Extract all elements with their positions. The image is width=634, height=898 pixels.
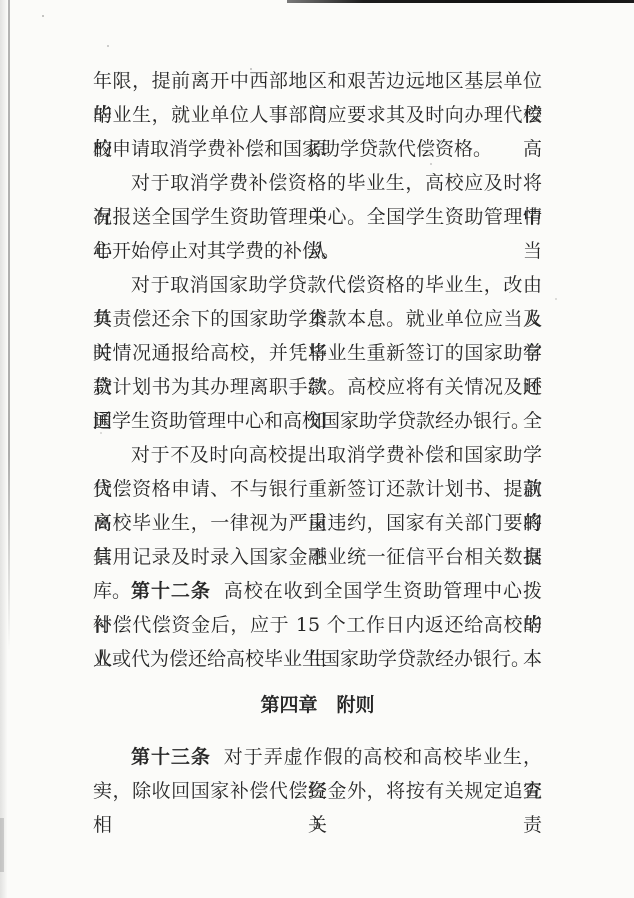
text-line: 年限，提前离开中西部地区和艰苦边远地区基层单位的高校 [93,64,542,98]
scan-noise-specks [42,15,44,17]
document-page: { "document": { "page_number": "5", "cha… [0,0,634,898]
text-line: 关情况通报给高校，并凭毕业生重新签订的国家助学贷款还 [93,336,542,370]
document-text-block: 年限，提前离开中西部地区和艰苦边远地区基层单位的高校 毕业生，就业单位人事部门应… [93,64,542,808]
article-12-label: 第十二条 [131,580,211,602]
text-line: 高校毕业生，一律视为严重违约，国家有关部门要将其不良 [93,506,542,540]
chapter-heading: 第四章 附则 [93,688,542,722]
page-number: 5 [0,817,634,833]
scan-artifact-left-line [8,0,10,650]
scan-artifact-left-strip [0,0,7,898]
text-line: 款计划书为其办理离职手续。高校应将有关情况及时通知全 [93,370,542,404]
text-line: 校申请取消学费补偿和国家助学贷款代偿资格。 [93,132,542,166]
text-line: 国学生资助管理中心和高校国家助学贷款经办银行。 [93,404,542,438]
text-line: 代偿资格申请、不与银行重新签订还款计划书、提前离岗的 [93,472,542,506]
text-line: 负责偿还余下的国家助学贷款本息。就业单位应当及时将有 [93,302,542,336]
article-13-label: 第十三条 [131,746,211,768]
text-line-article-13: 第十三条对于弄虚作假的高校和高校毕业生，一经查 [93,740,542,774]
text-line-article-12: 第十二条高校在收到全国学生资助管理中心拨付的 [93,574,542,608]
text-line: 对于取消国家助学贷款代偿资格的毕业生，改由其本人 [93,268,542,302]
text-line: 对于不及时向高校提出取消学费补偿和国家助学贷款 [93,438,542,472]
text-line: 人或代为偿还给高校毕业生国家助学贷款经办银行。 [93,642,542,676]
text-line: 补偿代偿资金后，应于 15 个工作日内返还给高校毕业生本 [93,608,542,642]
text-line: 实，除收回国家补偿代偿资金外，将按有关规定追究相关责 [93,774,542,808]
scan-artifact-top-edge [287,0,634,3]
text-line: 毕业生，就业单位人事部门应要求其及时向办理代偿的原高 [93,98,542,132]
text-line: 况报送全国学生资助管理中心。全国学生资助管理中心从当 [93,200,542,234]
text-line: 对于取消学费补偿资格的毕业生，高校应及时将有关情 [93,166,542,200]
text-line: 信用记录及时录入国家金融业统一征信平台相关数据库。 [93,540,542,574]
